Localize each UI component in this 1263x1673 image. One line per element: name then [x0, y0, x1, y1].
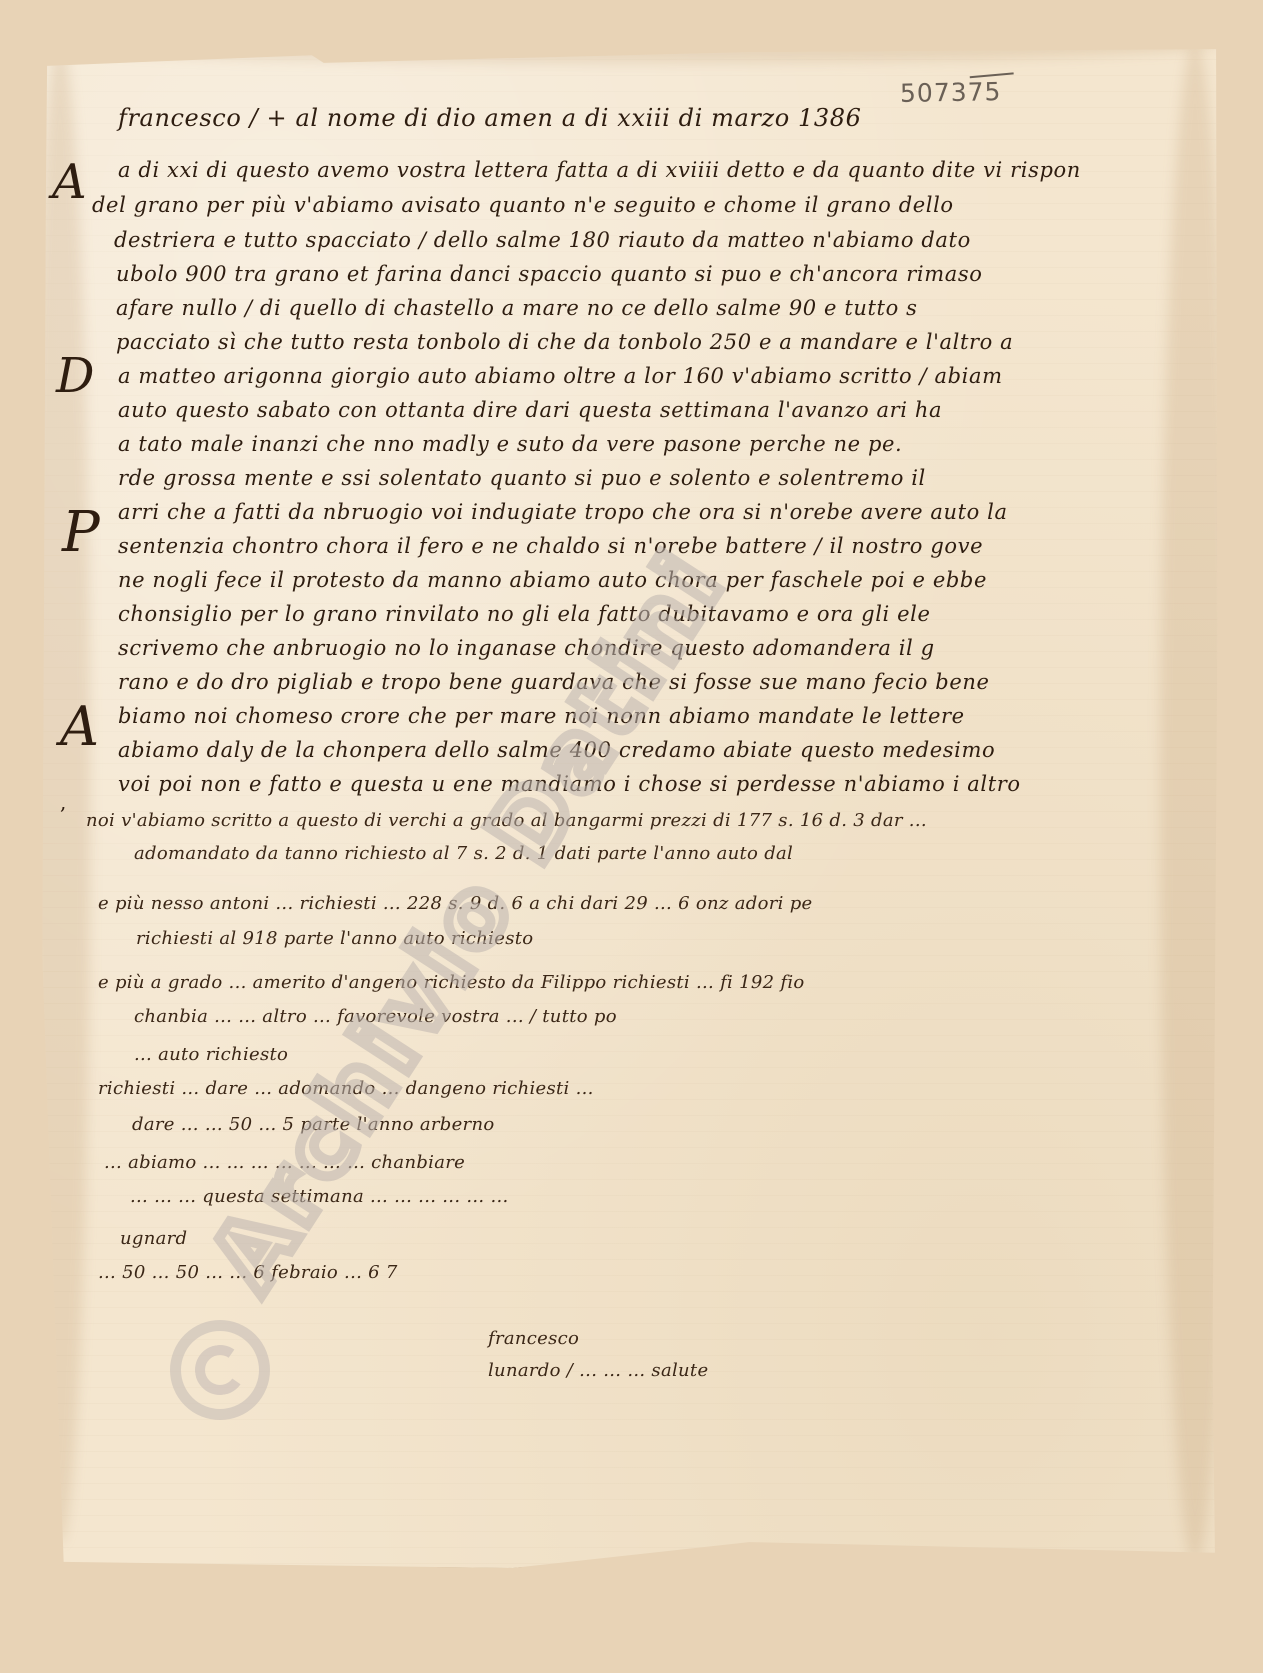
text-line: rde grossa mente e ssi solentato quanto …: [118, 466, 926, 490]
text-line: a tato male inanzi che nno madly e suto …: [118, 432, 902, 456]
text-line: ubolo 900 tra grano et farina danci spac…: [116, 262, 982, 286]
text-line: arri che a fatti da nbruogio voi indugia…: [118, 500, 1008, 524]
postscript-line: e più a grado ... amerito d'angeno richi…: [98, 972, 805, 993]
paragraph-initial: A: [60, 700, 99, 754]
edge-stain: [40, 23, 1220, 63]
text-line: auto questo sabato con ottanta dire dari…: [118, 398, 942, 422]
postscript-line: richiesti al 918 parte l'anno auto richi…: [136, 928, 533, 949]
text-line: abiamo daly de la chonpera dello salme 4…: [118, 738, 995, 762]
postscript-line: dare ... ... 50 ... 5 parte l'anno arber…: [132, 1114, 494, 1135]
text-line: del grano per più v'abiamo avisato quant…: [92, 193, 954, 217]
text-line: destriera e tutto spacciato / dello salm…: [114, 228, 971, 252]
text-line: chonsiglio per lo grano rinvilato no gli…: [118, 602, 930, 626]
postscript-line: e più nesso antoni ... richiesti ... 228…: [98, 893, 812, 914]
postscript-line: richiesti ... dare ... adomando ... dang…: [98, 1078, 594, 1099]
paragraph-initial: D: [56, 352, 94, 400]
paragraph-initial: P: [62, 505, 100, 561]
postscript-line: noi v'abiamo scritto a questo di verchi …: [86, 810, 927, 831]
copyright-icon: [170, 1320, 270, 1420]
text-line: voi poi non e fatto e questa u ene mandi…: [118, 772, 1021, 796]
edge-stain: [1160, 43, 1230, 1563]
text-line: scrivemo che anbruogio no lo inganase ch…: [118, 636, 935, 660]
text-line: rano e do dro pigliab e tropo bene guard…: [118, 670, 990, 694]
signature-line: francesco: [488, 1328, 579, 1349]
text-line: afare nullo / di quello di chastello a m…: [116, 296, 918, 320]
closing-line: ugnard: [120, 1228, 187, 1249]
postscript-line: ... abiamo ... ... ... ... ... ... ... c…: [104, 1152, 465, 1173]
signature-line: lunardo / ... ... ... salute: [488, 1360, 708, 1381]
postscript-line: adomandato da tanno richiesto al 7 s. 2 …: [134, 843, 793, 864]
margin-mark: ,: [60, 790, 66, 814]
text-line: sentenzia chontro chora il fero e ne cha…: [118, 534, 983, 558]
paragraph-initial: A: [52, 158, 87, 206]
postscript-line: ... ... ... questa settimana ... ... ...…: [130, 1186, 509, 1207]
text-line: a matteo arigonna giorgio auto abiamo ol…: [118, 364, 1003, 388]
closing-line: ... 50 ... 50 ... ... 6 febraio ... 6 7: [98, 1262, 398, 1283]
text-line: ne nogli fece il protesto da manno abiam…: [118, 568, 987, 592]
text-line: a di xxi di questo avemo vostra lettera …: [118, 158, 1081, 182]
postscript-line: chanbia ... ... altro ... favorevole vos…: [134, 1006, 617, 1027]
letter-header: francesco / + al nome di dio amen a di x…: [118, 104, 861, 132]
text-line: pacciato sì che tutto resta tonbolo di c…: [116, 330, 1013, 354]
text-line: biamo noi chomeso crore che per mare noi…: [118, 704, 965, 728]
postscript-line: ... auto richiesto: [134, 1044, 288, 1065]
archive-number: 507375: [900, 77, 1002, 108]
